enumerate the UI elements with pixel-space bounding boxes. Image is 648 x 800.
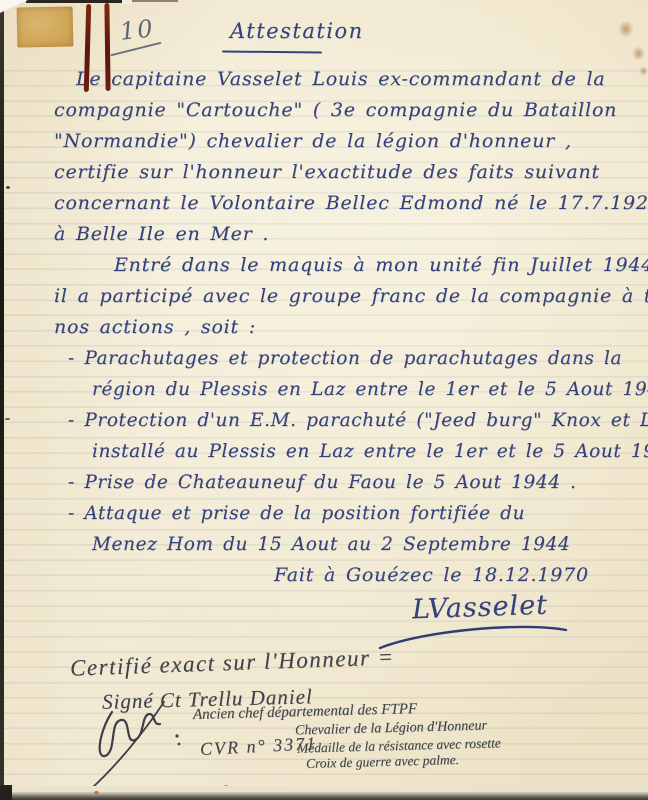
- paper-stain: [618, 20, 634, 38]
- scan-edge-top-notch: [122, 0, 132, 4]
- trellu-signature-scrawl: [82, 698, 202, 796]
- scan-edge-left: [0, 6, 4, 800]
- handwritten-line: certifie sur l'honneur l'exactitude des …: [52, 157, 648, 188]
- signature-flourish: [378, 616, 570, 656]
- handwritten-line: - Prise de Chateauneuf du Faou le 5 Aout…: [52, 467, 648, 498]
- handwritten-line: - Parachutages et protection de parachut…: [52, 343, 648, 374]
- handwritten-line: région du Plessis en Laz entre le 1er et…: [52, 374, 648, 405]
- paper-speck: [5, 418, 10, 420]
- handwritten-line: Menez Hom du 15 Aout au 2 Septembre 1944: [52, 529, 648, 560]
- scan-edge-bottom-left: [0, 785, 12, 800]
- handwritten-line: compagnie "Cartouche" ( 3e compagnie du …: [52, 95, 648, 126]
- handwritten-line: Fait à Gouézec le 18.12.1970: [52, 560, 648, 591]
- paper-speck: [6, 186, 10, 189]
- scan-edge-top: [132, 0, 178, 2]
- handwritten-line: Le capitaine Vasselet Louis ex-commandan…: [52, 64, 648, 95]
- handwritten-line: nos actions , soit :: [52, 312, 648, 343]
- handwritten-line: "Normandie") chevalier de la légion d'ho…: [52, 126, 648, 157]
- handwritten-line: à Belle Ile en Mer .: [52, 219, 648, 250]
- paper-stain: [632, 46, 645, 61]
- handwritten-line: - Protection d'un E.M. parachuté ("Jeed …: [52, 405, 648, 436]
- handwritten-line: il a participé avec le groupe franc de l…: [52, 281, 648, 312]
- title-underline: [222, 50, 322, 53]
- handwritten-line: - Attaque et prise de la position fortif…: [52, 498, 648, 529]
- tape-residue: [17, 6, 74, 47]
- scanned-document-page: 10 Attestation Le capitaine Vasselet Lou…: [0, 0, 648, 800]
- scan-edge-top: [26, 0, 122, 3]
- paper-speck: [94, 791, 99, 794]
- page-number-pencil: 10: [119, 14, 156, 45]
- handwritten-line: Entré dans le maquis à mon unité fin Jui…: [52, 250, 648, 281]
- red-tally-mark: [104, 3, 110, 91]
- handwritten-line: installé au Plessis en Laz entre le 1er …: [52, 436, 648, 467]
- document-body: Le capitaine Vasselet Louis ex-commandan…: [52, 64, 648, 591]
- handwritten-line: concernant le Volontaire Bellec Edmond n…: [52, 188, 648, 219]
- document-title: Attestation: [230, 19, 364, 43]
